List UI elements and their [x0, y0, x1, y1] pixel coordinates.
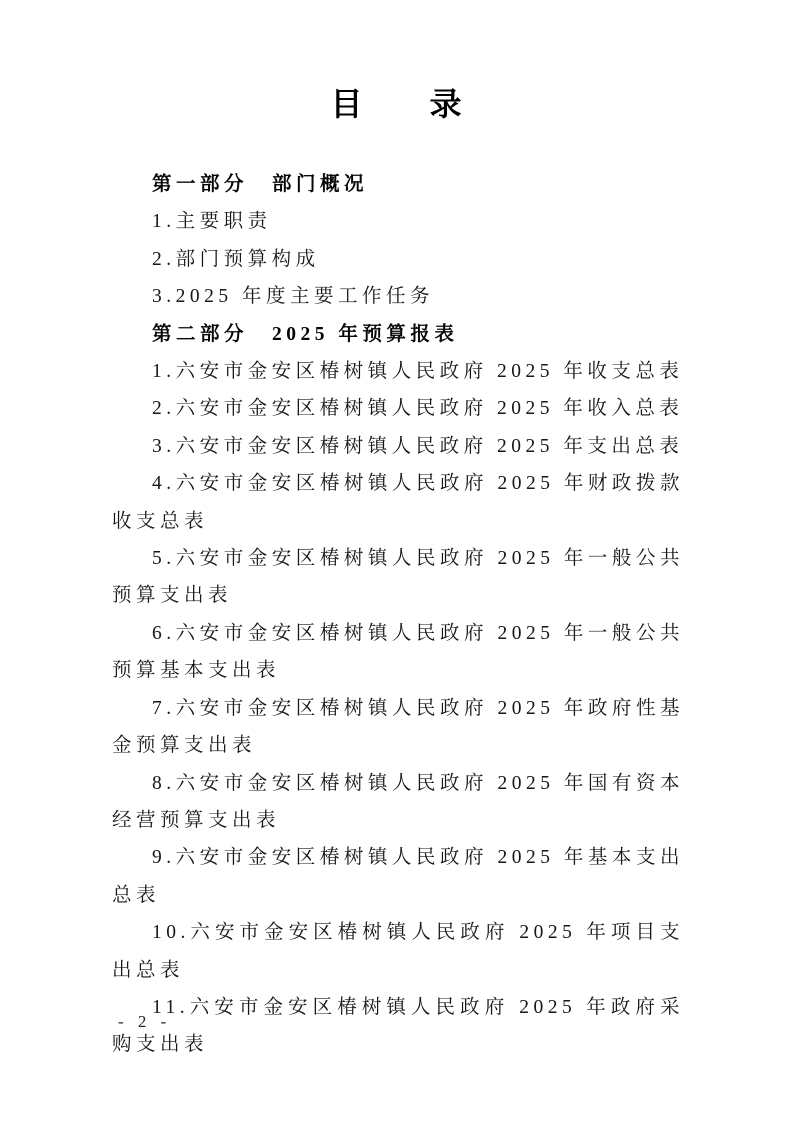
toc-content: 第一部分 部门概况 1.主要职责2.部门预算构成3.2025 年度主要工作任务 …	[112, 166, 684, 1064]
toc-item: 10.六安市金安区椿树镇人民政府 2025 年项目支出总表	[112, 914, 684, 989]
toc-item: 6.六安市金安区椿树镇人民政府 2025 年一般公共预算基本支出表	[112, 615, 684, 690]
toc-title: 目 录	[0, 82, 793, 126]
toc-item: 2.部门预算构成	[112, 241, 684, 278]
toc-item: 1.主要职责	[112, 203, 684, 240]
section-budget-tables: 第二部分 2025 年预算报表 1.六安市金安区椿树镇人民政府 2025 年收支…	[112, 316, 684, 1064]
toc-item: 11.六安市金安区椿树镇人民政府 2025 年政府采购支出表	[112, 989, 684, 1064]
toc-item: 1.六安市金安区椿树镇人民政府 2025 年收支总表	[112, 353, 684, 390]
toc-item: 8.六安市金安区椿树镇人民政府 2025 年国有资本经营预算支出表	[112, 765, 684, 840]
toc-item: 3.2025 年度主要工作任务	[112, 278, 684, 315]
toc-item: 4.六安市金安区椿树镇人民政府 2025 年财政拨款收支总表	[112, 465, 684, 540]
toc-item: 5.六安市金安区椿树镇人民政府 2025 年一般公共预算支出表	[112, 540, 684, 615]
toc-item: 9.六安市金安区椿树镇人民政府 2025 年基本支出总表	[112, 839, 684, 914]
section-heading-2: 第二部分 2025 年预算报表	[112, 316, 684, 353]
page-number: - 2 -	[118, 1010, 169, 1034]
toc-item: 3.六安市金安区椿树镇人民政府 2025 年支出总表	[112, 428, 684, 465]
toc-item-list-2: 1.六安市金安区椿树镇人民政府 2025 年收支总表2.六安市金安区椿树镇人民政…	[112, 353, 684, 1064]
document-page: 目 录 第一部分 部门概况 1.主要职责2.部门预算构成3.2025 年度主要工…	[0, 0, 793, 1122]
toc-item-list-1: 1.主要职责2.部门预算构成3.2025 年度主要工作任务	[112, 203, 684, 315]
toc-item: 2.六安市金安区椿树镇人民政府 2025 年收入总表	[112, 390, 684, 427]
section-heading-1: 第一部分 部门概况	[112, 166, 684, 203]
section-overview: 第一部分 部门概况 1.主要职责2.部门预算构成3.2025 年度主要工作任务	[112, 166, 684, 316]
toc-item: 7.六安市金安区椿树镇人民政府 2025 年政府性基金预算支出表	[112, 690, 684, 765]
